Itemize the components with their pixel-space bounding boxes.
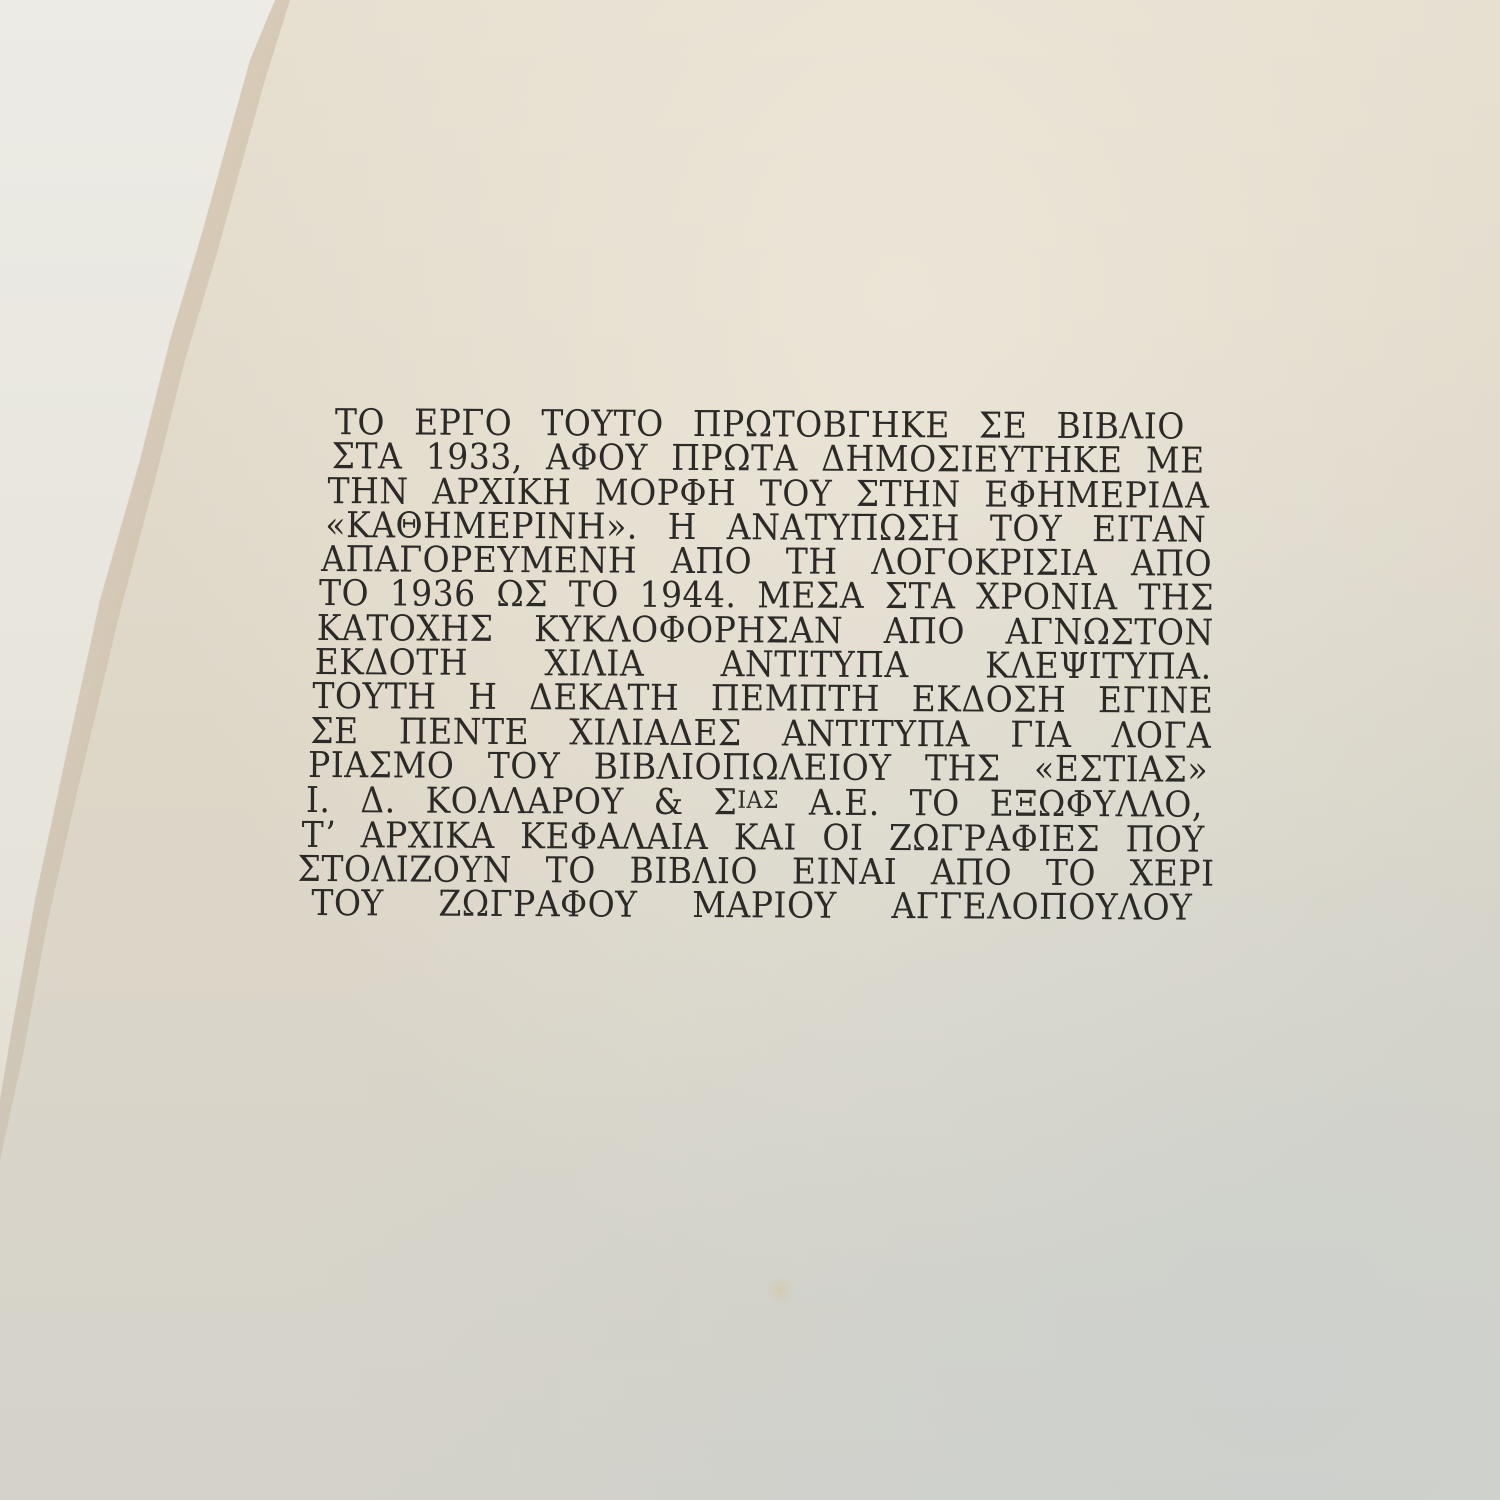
- colophon-line: ΤΟΥ ΖΩΓΡΑΦΟΥ ΜΑΡΙΟΥ ΑΓΓΕΛΟΠΟΥΛΟΥ: [311, 885, 1192, 927]
- superscript-ias: ΙΑΣ: [737, 788, 779, 815]
- book-spread-photo: ΤΟ ΕΡΓΟ ΤΟΥΤΟ ΠΡΩΤΟΒΓΗΚΕ ΣΕ ΒΙΒΛΙΟ ΣΤΑ 1…: [0, 0, 1500, 1500]
- colophon-text-block: ΤΟ ΕΡΓΟ ΤΟΥΤΟ ΠΡΩΤΟΒΓΗΚΕ ΣΕ ΒΙΒΛΙΟ ΣΤΑ 1…: [287, 405, 1225, 925]
